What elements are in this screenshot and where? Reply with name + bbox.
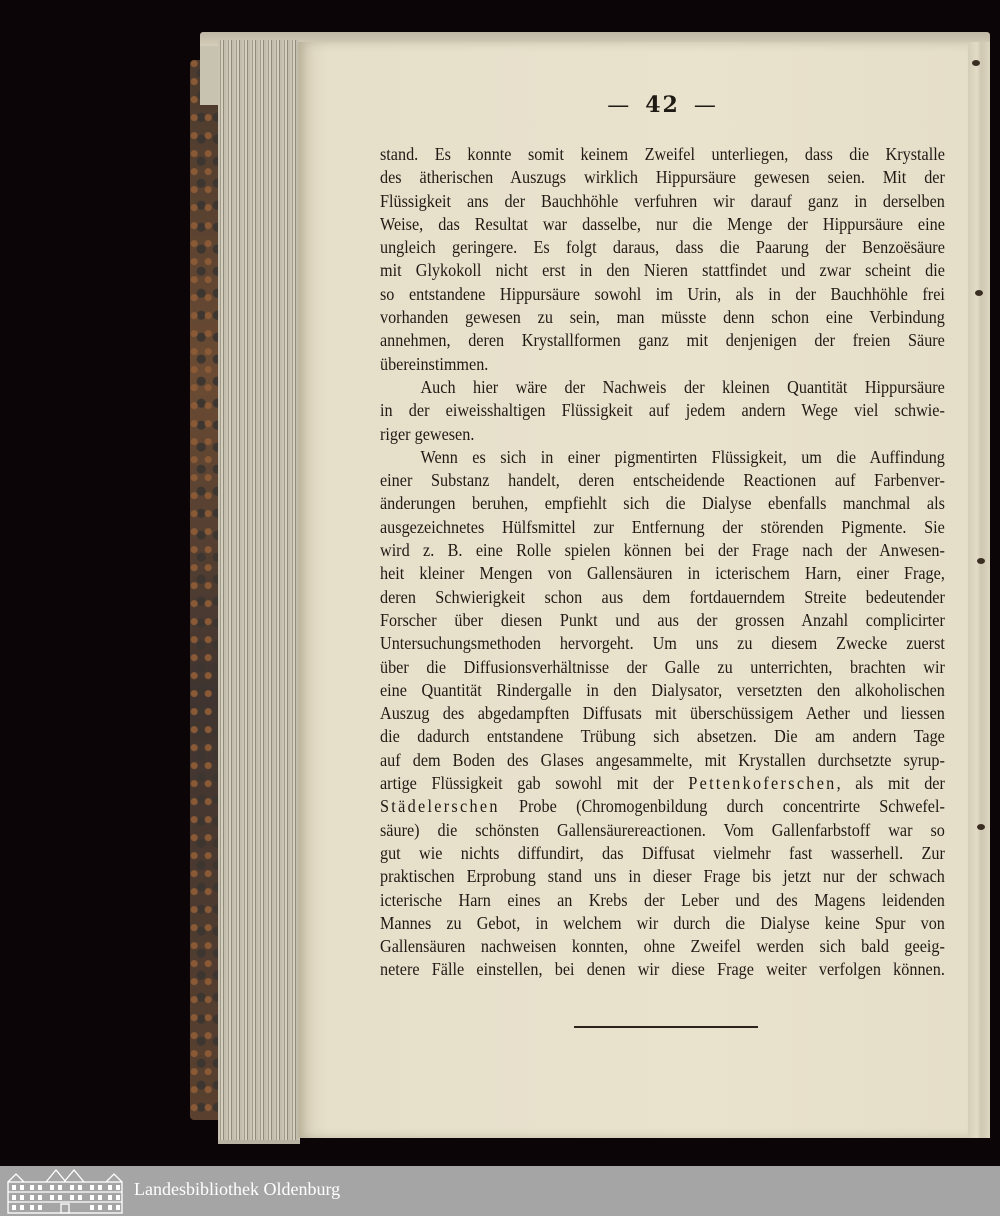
text-line: die dadurch entstandene Trübung sich abs… <box>380 725 945 748</box>
page-number-dash-right: — <box>694 93 718 118</box>
text-line: deren Schwierigkeit schon aus dem fortda… <box>380 586 945 609</box>
spaced-name: Städelerschen <box>380 796 500 816</box>
text-line: Untersuchungsmethoden hervorgeht. Um uns… <box>380 632 945 655</box>
binding-thread-icon <box>977 558 985 564</box>
text-line: Wenn es sich in einer pigmentirten Flüss… <box>380 446 945 469</box>
text-line: heit kleiner Mengen von Gallensäuren in … <box>380 562 945 585</box>
text-line: annehmen, deren Krystallformen ganz mit … <box>380 329 945 352</box>
text-line: riger gewesen. <box>380 423 945 446</box>
body-text: stand. Es konnte somit keinem Zweifel un… <box>380 143 900 982</box>
text-line: Gallensäuren nachweisen konnten, ohne Zw… <box>380 935 945 958</box>
text-line: übereinstimmen. <box>380 353 945 376</box>
institution-name: Landesbibliothek Oldenburg <box>134 1179 340 1200</box>
page-number: —42— <box>380 92 945 118</box>
text-line: wird z. B. eine Rolle spielen können bei… <box>380 539 945 562</box>
text-line: Weise, das Resultat war dasselbe, nur di… <box>380 213 945 236</box>
text-line: Forscher über diesen Punkt und aus der g… <box>380 609 945 632</box>
page-number-value: 42 <box>645 92 680 118</box>
text-line: mit Glykokoll nicht erst in den Nieren s… <box>380 259 945 282</box>
text-line: säure) die schönsten Gallensäurereaction… <box>380 819 945 842</box>
binding-thread-icon <box>977 824 985 830</box>
text-line: Mannes zu Gebot, in welchem wir durch di… <box>380 912 945 935</box>
section-end-rule <box>574 1026 758 1028</box>
text-line: einer Substanz handelt, deren entscheide… <box>380 469 945 492</box>
text-line: Auch hier wäre der Nachweis der kleinen … <box>380 376 945 399</box>
text-line: gut wie nichts diffundirt, das Diffusat … <box>380 842 945 865</box>
text-line: änderungen beruhen, empfiehlt sich die D… <box>380 492 945 515</box>
page-number-dash-left: — <box>607 93 631 118</box>
text-line: praktischen Erprobung stand uns in diese… <box>380 865 945 888</box>
text-line: ungleich geringere. Es folgt daraus, das… <box>380 236 945 259</box>
text-line: in der eiweisshaltigen Flüssigkeit auf j… <box>380 399 945 422</box>
text-line: Städelerschen Probe (Chromogenbildung du… <box>380 795 945 818</box>
text-line: Auszug des abgedampften Diffusats mit üb… <box>380 702 945 725</box>
text-line: Flüssigkeit ans der Bauchhöhle verfuhren… <box>380 190 945 213</box>
page-stack-edges <box>218 40 300 1144</box>
text-line: netere Fälle einstellen, bei denen wir d… <box>380 958 945 981</box>
spaced-name: Pettenkoferschen <box>688 773 836 793</box>
gutter-edge <box>968 42 990 1138</box>
text-line: so entstandene Hippursäure sowohl im Uri… <box>380 283 945 306</box>
text-line: artige Flüssigkeit gab sowohl mit der Pe… <box>380 772 945 795</box>
text-line: stand. Es konnte somit keinem Zweifel un… <box>380 143 945 166</box>
text-line: auf dem Boden des Glases angesammelte, m… <box>380 749 945 772</box>
scanned-book-image: —42— stand. Es konnte somit keinem Zweif… <box>0 0 1000 1166</box>
binding-thread-icon <box>972 60 980 66</box>
marbled-cover <box>190 60 220 1120</box>
text-line: über die Diffusionsverhältnisse der Gall… <box>380 656 945 679</box>
binding-thread-icon <box>975 290 983 296</box>
text-line: icterische Harn eines an Krebs der Leber… <box>380 889 945 912</box>
library-building-icon <box>6 1168 124 1214</box>
footer-bar: Landesbibliothek Oldenburg <box>0 1166 1000 1216</box>
text-line: ausgezeichnetes Hülfsmittel zur Entfernu… <box>380 516 945 539</box>
text-line: des ätherischen Auszugs wirklich Hippurs… <box>380 166 945 189</box>
text-line: eine Quantität Rindergalle in den Dialys… <box>380 679 945 702</box>
text-line: vorhanden gewesen zu sein, man müsste de… <box>380 306 945 329</box>
